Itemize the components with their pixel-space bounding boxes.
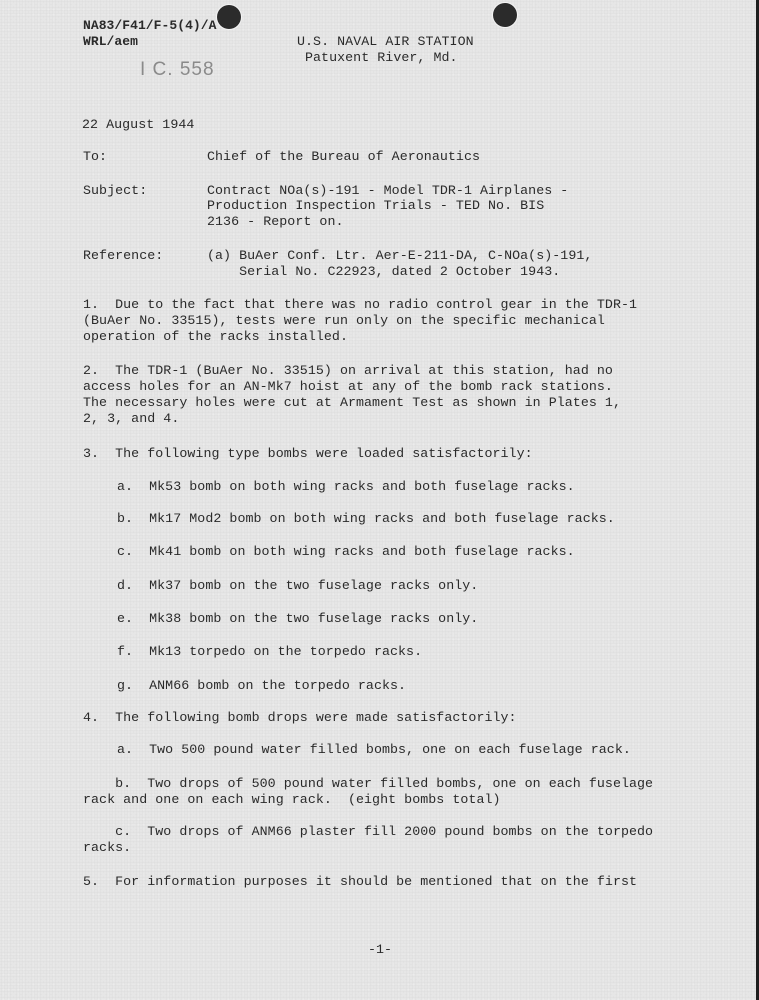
- paragraph-5-line: 5. For information purposes it should be…: [83, 874, 637, 890]
- file-reference: NA83/F41/F-5(4)/A: [83, 18, 216, 34]
- paragraph-1-line: (BuAer No. 33515), tests were run only o…: [83, 313, 605, 329]
- loaded-bomb-item: c. Mk41 bomb on both wing racks and both…: [117, 544, 575, 560]
- station-location: Patuxent River, Md.: [305, 50, 458, 66]
- subject-line: Contract NOa(s)-191 - Model TDR-1 Airpla…: [207, 183, 568, 199]
- reference-line: Serial No. C22923, dated 2 October 1943.: [207, 264, 560, 280]
- paragraph-2-line: The necessary holes were cut at Armament…: [83, 395, 621, 411]
- drop-item: c. Two drops of ANM66 plaster fill 2000 …: [83, 824, 653, 840]
- paragraph-1-line: operation of the racks installed.: [83, 329, 348, 345]
- reference-label: Reference:: [83, 248, 163, 264]
- paragraph-1-line: 1. Due to the fact that there was no rad…: [83, 297, 637, 313]
- loaded-bomb-item: d. Mk37 bomb on the two fuselage racks o…: [117, 578, 478, 594]
- drop-item: b. Two drops of 500 pound water filled b…: [83, 776, 653, 792]
- loaded-bomb-item: f. Mk13 torpedo on the torpedo racks.: [117, 644, 422, 660]
- loaded-bomb-item: g. ANM66 bomb on the torpedo racks.: [117, 678, 406, 694]
- loaded-bomb-item: e. Mk38 bomb on the two fuselage racks o…: [117, 611, 478, 627]
- reference-line: (a) BuAer Conf. Ltr. Aer-E-211-DA, C-NOa…: [207, 248, 592, 264]
- station-name: U.S. NAVAL AIR STATION: [297, 34, 474, 50]
- subject-label: Subject:: [83, 183, 147, 199]
- drop-item: rack and one on each wing rack. (eight b…: [83, 792, 501, 808]
- to-label: To:: [83, 149, 107, 165]
- document-page: NA83/F41/F-5(4)/A WRL/aem I C. 558 U.S. …: [0, 0, 756, 1000]
- serial-stamp: I C. 558: [140, 62, 215, 78]
- paragraph-2-line: 2, 3, and 4.: [83, 411, 179, 427]
- page-number: -1-: [368, 942, 392, 958]
- subject-line: 2136 - Report on.: [207, 214, 344, 230]
- loaded-bomb-item: a. Mk53 bomb on both wing racks and both…: [117, 479, 575, 495]
- drop-item: a. Two 500 pound water filled bombs, one…: [117, 742, 631, 758]
- letter-date: 22 August 1944: [82, 117, 194, 133]
- paragraph-2-line: 2. The TDR-1 (BuAer No. 33515) on arriva…: [83, 363, 613, 379]
- punch-hole-left: [217, 5, 241, 29]
- paragraph-2-line: access holes for an AN-Mk7 hoist at any …: [83, 379, 613, 395]
- punch-hole-right: [493, 3, 517, 27]
- paragraph-3-intro: 3. The following type bombs were loaded …: [83, 446, 533, 462]
- paragraph-4-intro: 4. The following bomb drops were made sa…: [83, 710, 517, 726]
- subject-line: Production Inspection Trials - TED No. B…: [207, 198, 544, 214]
- initials: WRL/aem: [83, 34, 138, 50]
- to-value: Chief of the Bureau of Aeronautics: [207, 149, 480, 165]
- drop-item: racks.: [83, 840, 131, 856]
- loaded-bomb-item: b. Mk17 Mod2 bomb on both wing racks and…: [117, 511, 615, 527]
